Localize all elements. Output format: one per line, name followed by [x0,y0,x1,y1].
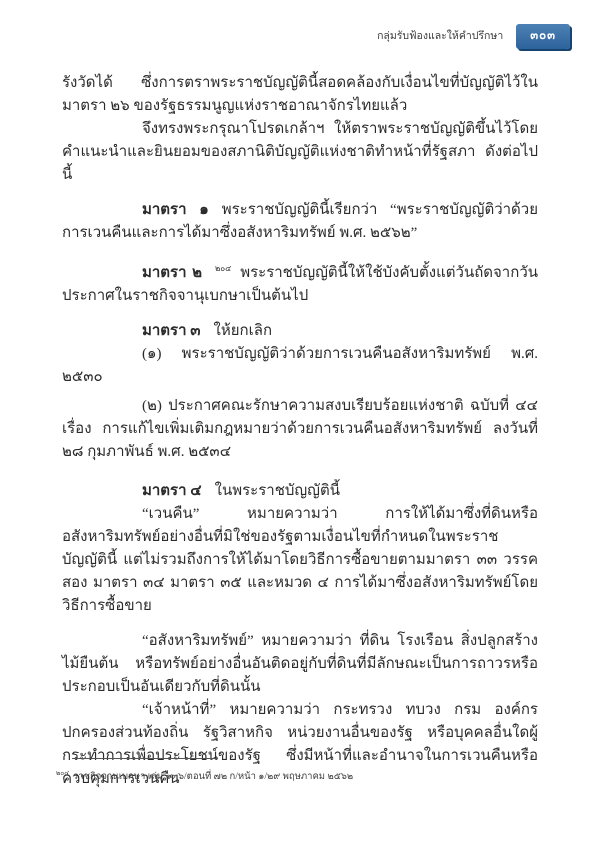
document-page: กลุ่มรับฟ้องและให้คำปรึกษา ๓๐๓ รังวัดได้… [0,0,595,842]
section-heading: มาตรา ๒ [142,265,202,281]
footnote-marker: ๒๐๔ [56,770,69,777]
section-matra-4: มาตรา ๔ในพระราชบัญญัตินี้ [62,480,538,503]
footnote-text: ราชกิจจานุเบกษา เล่ม ๑๓๖/ตอนที่ ๗๒ ก/หน้… [73,772,353,782]
definition-asangharimasap: “อสังหาริมทรัพย์” หมายความว่า ที่ดิน โรง… [62,630,538,699]
paragraph-text: พระราชบัญญัตินี้เรียกว่า “พระราชบัญญัติว… [62,202,538,241]
document-body: รังวัดได้ ซึ่งการตราพระราชบัญญัตินี้สอดค… [62,72,538,791]
section-matra-1: มาตรา ๑พระราชบัญญัตินี้เรียกว่า “พระราชบ… [62,199,538,245]
paragraph-text: (๑) พระราชบัญญัติว่าด้วยการเวนคืนอสังหาร… [62,346,538,385]
paragraph-text: ให้ยกเลิก [214,323,272,339]
footnote-area: ๒๐๔ราชกิจจานุเบกษา เล่ม ๑๓๖/ตอนที่ ๗๒ ก/… [56,758,536,784]
section-matra-2: มาตรา ๒๒๐๔พระราชบัญญัตินี้ให้ใช้บังคับตั… [62,257,538,308]
section-matra-3: มาตรา ๓ให้ยกเลิก [62,320,538,343]
footnote-reference: ๒๐๔ [215,264,231,273]
list-item-1: (๑) พระราชบัญญัติว่าด้วยการเวนคืนอสังหาร… [62,343,538,389]
paragraph-continuation: รังวัดได้ ซึ่งการตราพระราชบัญญัตินี้สอดค… [62,72,538,118]
paragraph-text: “เวนคืน” หมายความว่า การให้ได้มาซึ่งที่ด… [62,506,538,614]
list-item-2: (๒) ประกาศคณะรักษาความสงบเรียบร้อยแห่งชา… [62,395,538,464]
paragraph-text: รังวัดได้ ซึ่งการตราพระราชบัญญัตินี้สอดค… [62,75,538,114]
paragraph-text: “อสังหาริมทรัพย์” หมายความว่า ที่ดิน โรง… [62,633,538,695]
definition-wenkhuen: “เวนคืน” หมายความว่า การให้ได้มาซึ่งที่ด… [62,503,538,618]
section-heading: มาตรา ๑ [142,202,209,218]
paragraph-text: ในพระราชบัญญัตินี้ [215,483,340,499]
paragraph-text: พระราชบัญญัตินี้ให้ใช้บังคับตั้งแต่วันถั… [62,265,538,304]
paragraph-text: จึงทรงพระกรุณาโปรดเกล้าฯ ให้ตราพระราชบัญ… [62,121,538,183]
paragraph-text: (๒) ประกาศคณะรักษาความสงบเรียบร้อยแห่งชา… [62,398,538,460]
page-number-badge: ๓๐๓ [516,24,570,49]
page-header: กลุ่มรับฟ้องและให้คำปรึกษา ๓๐๓ [377,24,570,49]
header-group-label: กลุ่มรับฟ้องและให้คำปรึกษา [377,27,503,47]
paragraph-enactment: จึงทรงพระกรุณาโปรดเกล้าฯ ให้ตราพระราชบัญ… [62,118,538,187]
footnote: ๒๐๔ราชกิจจานุเบกษา เล่ม ๑๓๖/ตอนที่ ๗๒ ก/… [56,767,536,784]
section-heading: มาตรา ๔ [142,483,202,499]
section-heading: มาตรา ๓ [142,323,201,339]
footnote-divider [72,758,218,759]
